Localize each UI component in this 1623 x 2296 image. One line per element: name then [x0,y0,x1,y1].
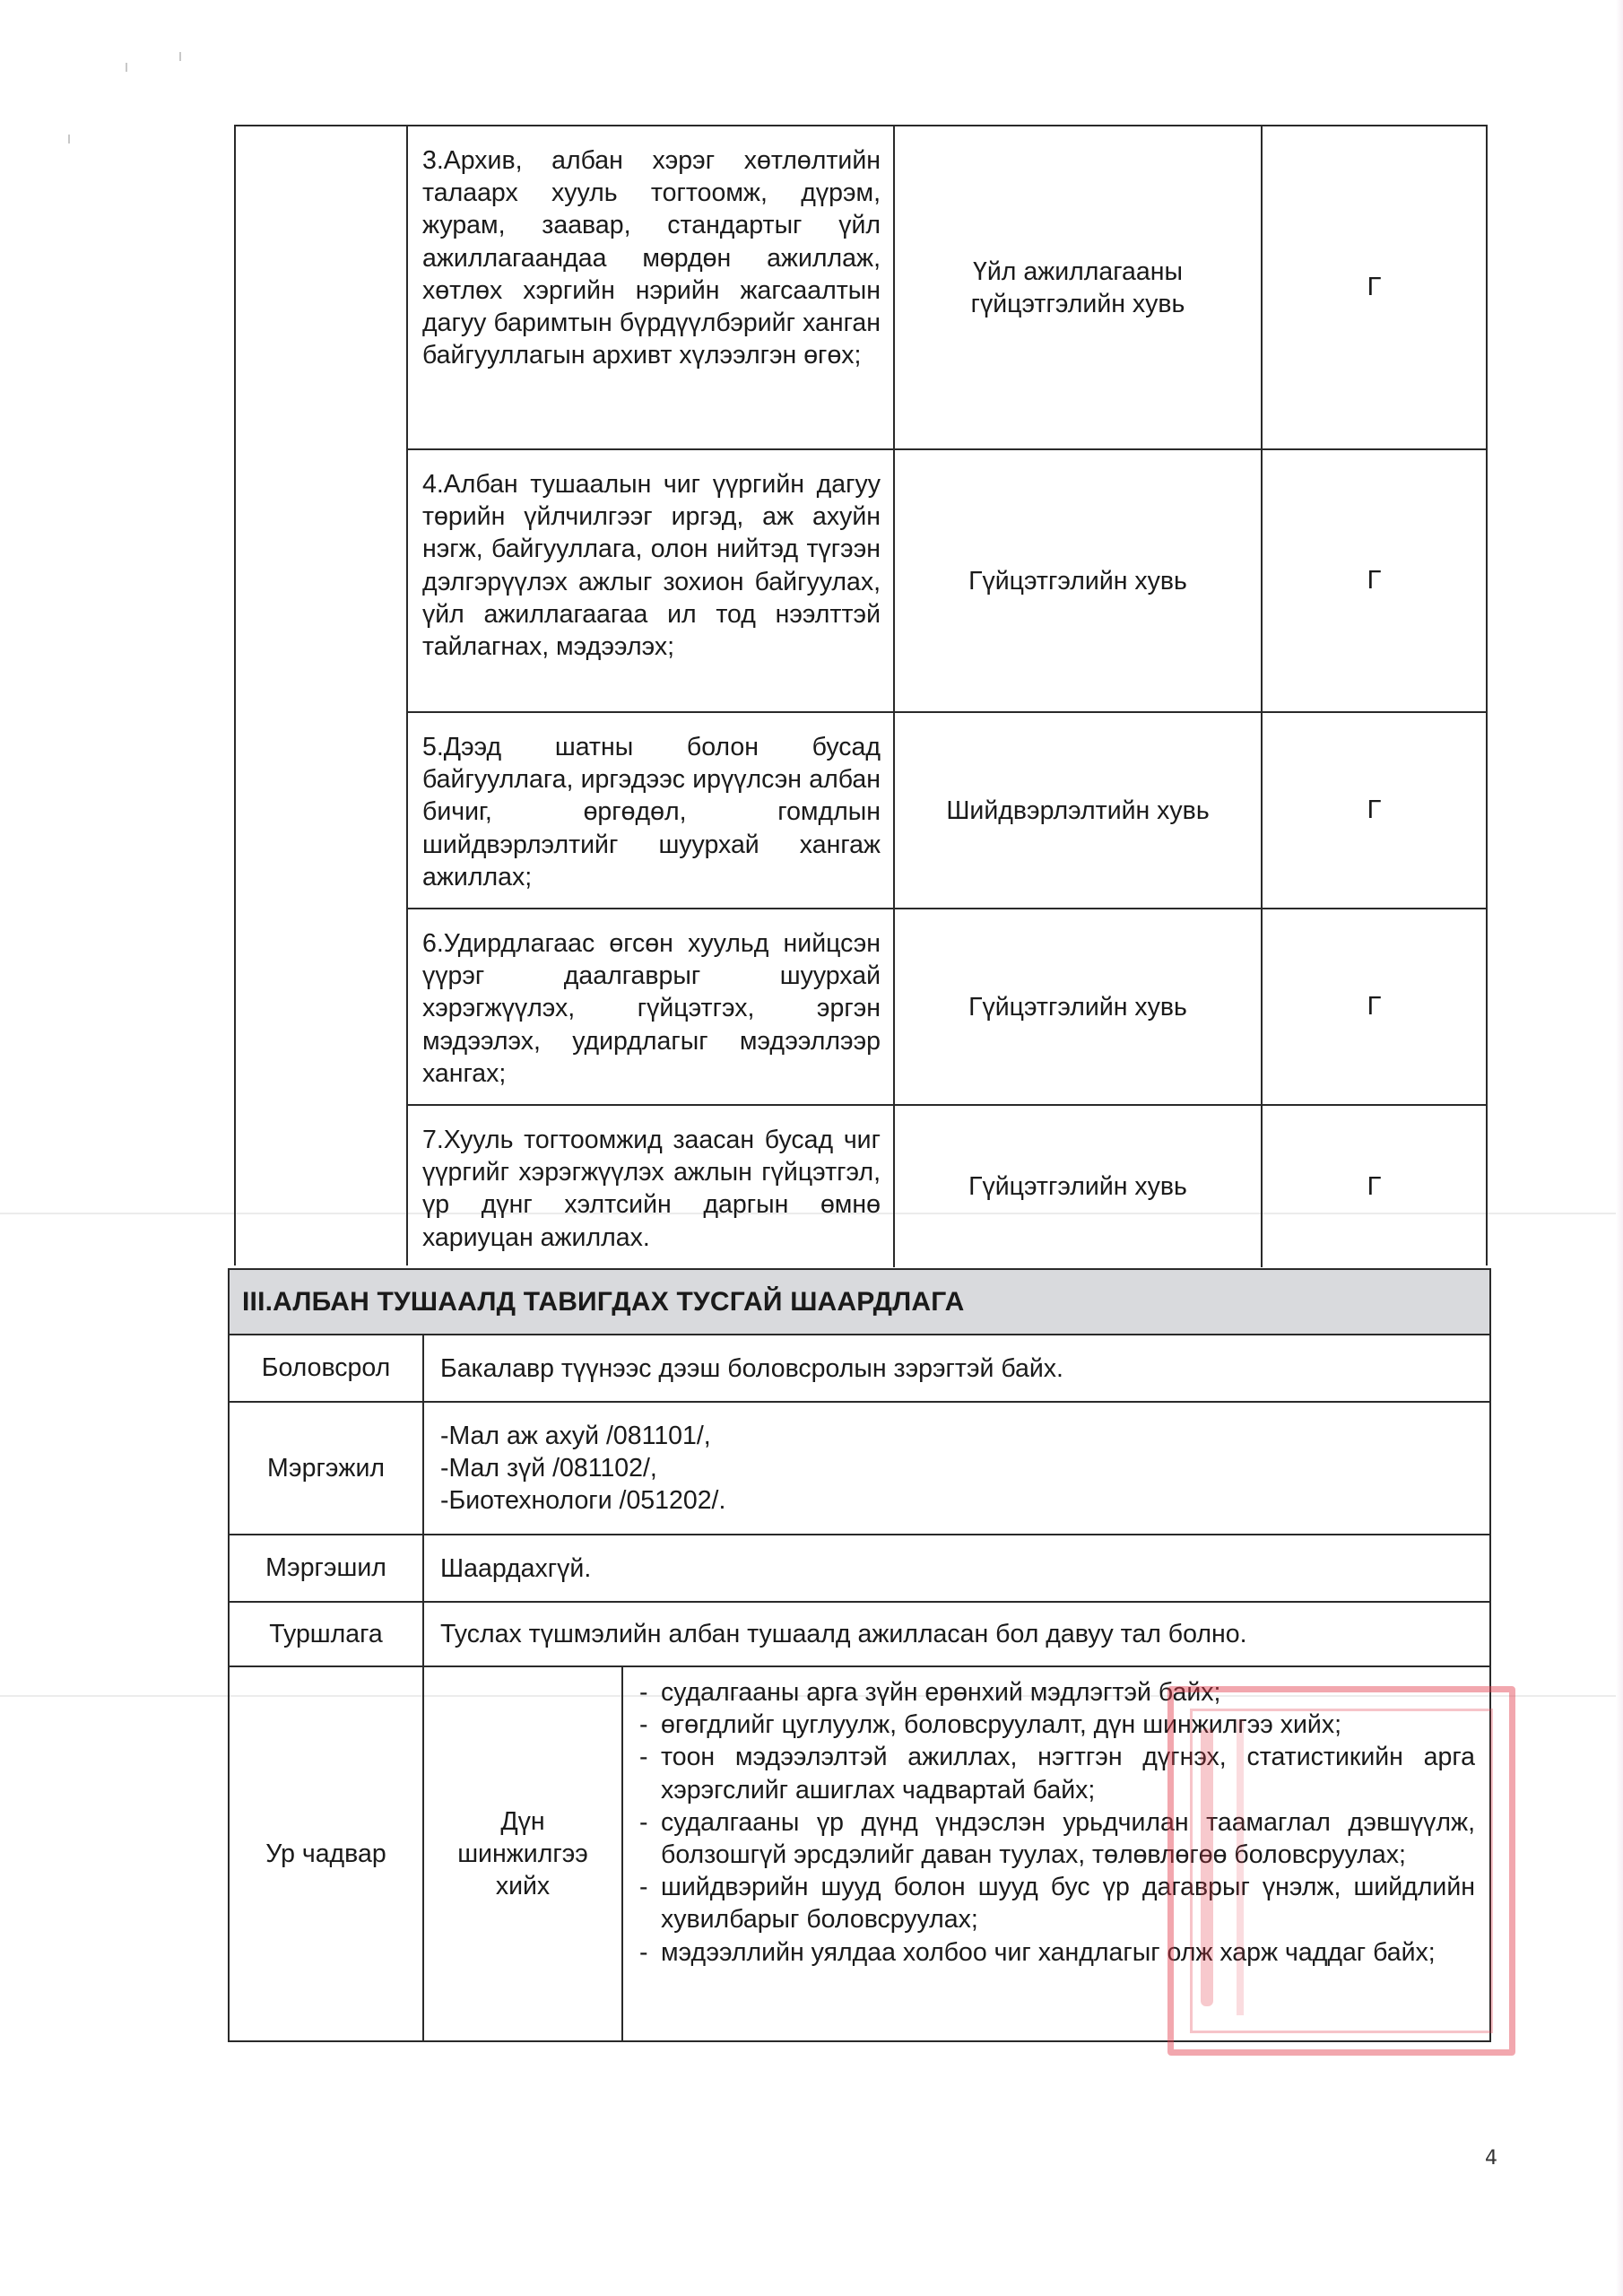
grade: Г [1263,713,1486,908]
duty-text: 6.Удирдлагаас өгсөн хуульд нийцсэн үүрэг… [408,909,895,1104]
profession-values: -Мал аж ахуй /081101/, -Мал зүй /081102/… [424,1403,1489,1534]
table-row: 7.Хууль тогтоомжид заасан бусад чиг үүрг… [408,1106,1486,1267]
profession-item: -Биотехнологи /051202/. [440,1484,1489,1517]
experience-value: Туслах түшмэлийн албан тушаалд ажилласан… [424,1603,1489,1665]
stamp-mark [1237,1719,1244,2015]
table-row: 3.Архив, албан хэрэг хөтлөлтийн талаарх … [408,126,1486,450]
profession-item: -Мал зүй /081102/, [440,1452,1489,1484]
grade: Г [1263,450,1486,711]
performance-measure: Гүйцэтгэлийн хувь [895,450,1263,711]
table-row: 4.Албан тушаалын чиг үүргийн дагуу төрий… [408,450,1486,713]
duty-text: 5.Дээд шатны болон бусад байгууллага, ир… [408,713,895,908]
education-row: Боловсрол Бакалавр түүнээс дээш боловсро… [230,1335,1489,1403]
performance-measure: Үйл ажиллагааны гүйцэтгэлийн хувь [895,126,1263,448]
duties-table-empty-column [236,126,408,1265]
duty-text: 4.Албан тушаалын чиг үүргийн дагуу төрий… [408,450,895,711]
performance-measure: Гүйцэтгэлийн хувь [895,909,1263,1104]
scan-edge [1616,0,1623,2296]
document-page: 3.Архив, албан хэрэг хөтлөлтийн талаарх … [0,0,1623,2296]
qualification-row: Мэргэшил Шаардахгүй. [230,1535,1489,1603]
profession-item: -Мал аж ахуй /081101/, [440,1420,1489,1452]
qualification-label: Мэргэшил [230,1535,424,1601]
skills-label: Ур чадвар [230,1667,424,2040]
scan-speck [68,135,70,143]
experience-label: Туршлага [230,1603,424,1665]
duties-table: 3.Архив, албан хэрэг хөтлөлтийн талаарх … [234,125,1488,1265]
grade: Г [1263,909,1486,1104]
skills-sub-label: Дүн шинжилгээ хийх [424,1667,623,2040]
grade: Г [1263,126,1486,448]
scan-speck [179,52,181,61]
duty-text: 3.Архив, албан хэрэг хөтлөлтийн талаарх … [408,126,895,448]
performance-measure: Шийдвэрлэлтийн хувь [895,713,1263,908]
duty-text: 7.Хууль тогтоомжид заасан бусад чиг үүрг… [408,1106,895,1267]
profession-row: Мэргэжил -Мал аж ахуй /081101/, -Мал зүй… [230,1403,1489,1535]
stamp-inner-border [1190,1709,1493,2033]
performance-measure: Гүйцэтгэлийн хувь [895,1106,1263,1267]
stamp-mark [1201,1728,1213,2006]
profession-label: Мэргэжил [230,1403,424,1534]
table-row: 6.Удирдлагаас өгсөн хуульд нийцсэн үүрэг… [408,909,1486,1106]
experience-row: Туршлага Туслах түшмэлийн албан тушаалд … [230,1603,1489,1667]
education-label: Боловсрол [230,1335,424,1401]
page-number: 4 [1485,2147,1497,2170]
education-value: Бакалавр түүнээс дээш боловсролын зэрэгт… [424,1335,1489,1401]
qualification-value: Шаардахгүй. [424,1535,1489,1601]
section-heading: III.АЛБАН ТУШААЛД ТАВИГДАХ ТУСГАЙ ШААРДЛ… [230,1270,1489,1335]
official-stamp [1167,1686,1515,2056]
grade: Г [1263,1106,1486,1267]
table-row: 5.Дээд шатны болон бусад байгууллага, ир… [408,713,1486,909]
scan-speck [126,63,127,72]
